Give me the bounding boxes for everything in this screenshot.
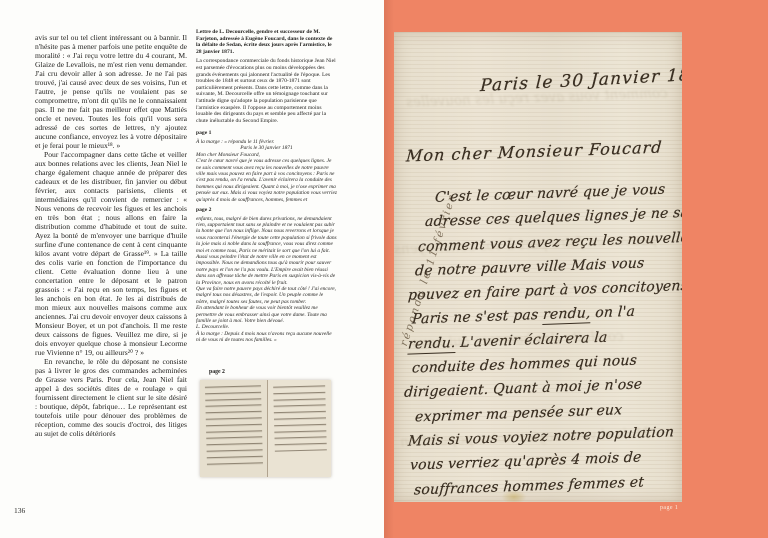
transcription-page2-text-3: En attendant le bonheur de vous voir bie… <box>196 305 337 324</box>
transcription-page1-text: C'est le cœur navré que je vous adresse … <box>196 158 337 203</box>
transcription-page1-label: page 1 <box>196 130 337 137</box>
body-paragraph-2: Pour l'accompagner dans cette tâche et v… <box>35 150 187 357</box>
left-page: avis sur tel ou tel client intéressant o… <box>0 0 384 538</box>
letter-commentary-heading: Lettre de L. Decourcelle, gendre et succ… <box>196 29 337 55</box>
thumbnail-left-leaf <box>200 380 268 477</box>
transcription-page2-label: page 2 <box>196 207 337 214</box>
letter-photograph-page1: répondu le 11 février Paris le 30 Janvie… <box>394 32 682 502</box>
thumbnail-right-leaf <box>268 380 331 477</box>
letter-commentary-intro: La correspondance commerciale du fonds h… <box>196 58 337 124</box>
underlined-word: rendu, <box>542 306 591 326</box>
transcription-page2-text-1: enfants, tous, malgré de bien dures priv… <box>196 216 337 286</box>
right-page: répondu le 11 février Paris le 30 Janvie… <box>384 0 768 538</box>
transcription-page2-text-2: Que va faire notre pauvre pays déchiré d… <box>196 286 337 305</box>
ink-show-through: comment vous avez reçu les nouvelles <box>406 85 668 110</box>
handwriting-segment: Paris ne s'est pas <box>412 307 544 328</box>
handwriting-segment: on l'a <box>590 304 636 322</box>
letter-photo-caption: page 1 <box>660 505 678 511</box>
transcription-margin-note-2: À la marge : Depuis 4 mois nous n'avons … <box>196 331 337 344</box>
thumbnail-figure-label: page 2 <box>209 369 225 375</box>
main-text-column: avis sur tel ou tel client intéressant o… <box>35 33 187 438</box>
handwritten-salutation: Mon cher Monsieur Foucard <box>405 137 663 165</box>
body-paragraph-1: avis sur tel ou tel client intéressant o… <box>35 33 187 150</box>
book-spread: avis sur tel ou tel client intéressant o… <box>0 0 768 538</box>
body-paragraph-3: En revanche, le rôle du déposant ne cons… <box>35 357 187 438</box>
commentary-column: Lettre de L. Decourcelle, gendre et succ… <box>196 29 337 344</box>
page-number-folio: 136 <box>14 506 25 515</box>
letter-page2-thumbnail <box>200 380 331 477</box>
